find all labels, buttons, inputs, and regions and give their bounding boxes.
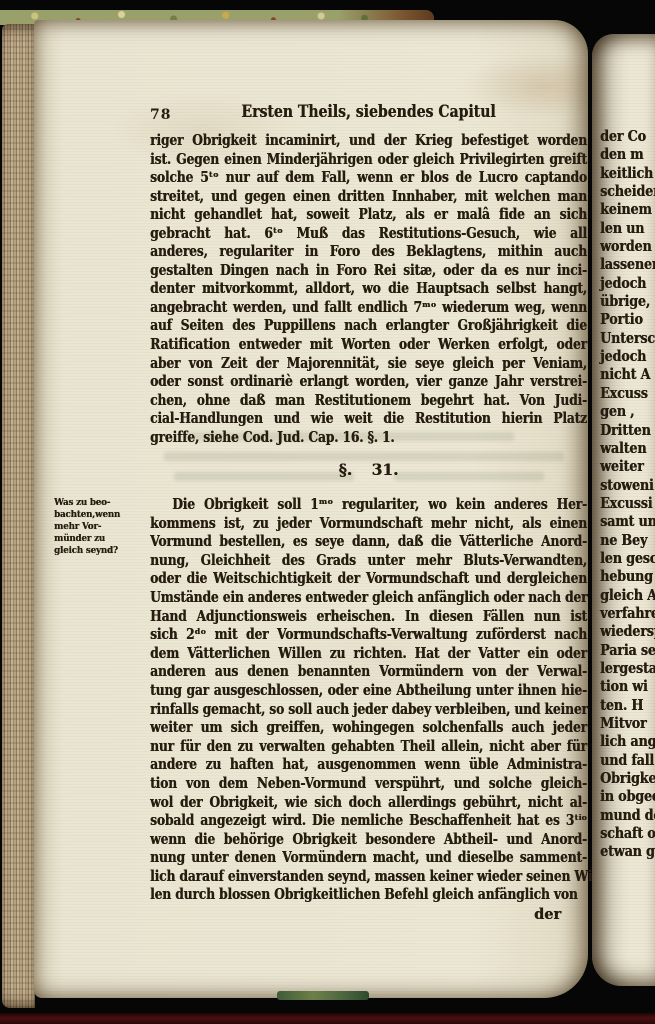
fragment-text-line: schaft oh <box>600 825 655 843</box>
margin-note-line: mehr Vor- <box>54 521 142 533</box>
fragment-text-line: gleich A <box>600 587 655 605</box>
body-text-line: ist. Gegen einen Minderjährigen oder gle… <box>150 151 587 170</box>
body-text-line: cial-Handlungen und wie weit die Restitu… <box>150 410 587 429</box>
body-text-line: len durch blossen Obrigkeitlichen Befehl… <box>150 886 587 905</box>
fragment-text-line: keinem <box>600 201 655 219</box>
fragment-text-line: wiedersp <box>600 623 655 641</box>
margin-note-line: Was zu beo- <box>54 497 142 509</box>
fragment-text-line: lich ang <box>600 733 655 751</box>
fragment-text-line: len un <box>600 220 655 238</box>
left-page: 78 Ersten Theils, siebendes Capitul rige… <box>34 20 588 998</box>
body-text-line: streitet, und gegen einen dritten Innhab… <box>150 188 587 207</box>
body-text-line: riger Obrigkeit incaminirt, und der Krie… <box>150 132 587 151</box>
fragment-text-line: keitlich <box>600 165 655 183</box>
fragment-text-line: der Co <box>600 128 655 146</box>
body-text-line: sobald angezeigt wird. Die nemliche Besc… <box>150 812 587 831</box>
paragraph-restitution: riger Obrigkeit incaminirt, und der Krie… <box>150 132 655 447</box>
fragment-text-line: nicht A <box>600 366 655 384</box>
fragment-text-line: übrige, <box>600 293 655 311</box>
body-text-line: lich darauf einverstanden seynd, massen … <box>150 868 587 887</box>
fragment-text-line: Excussi <box>600 495 655 513</box>
body-text-line: andere zu haften hat, ausgenommen wenn ü… <box>150 756 587 775</box>
fragment-text-line: ten. H <box>600 697 655 715</box>
fore-edge-page-stack <box>2 24 35 1008</box>
book-scan: 78 Ersten Theils, siebendes Capitul rige… <box>0 0 655 1024</box>
margin-note-line: gleich seynd? <box>54 545 142 557</box>
body-text-line: gebracht hat. 6ᵗᵒ Muß das Restitutions-G… <box>150 225 587 244</box>
body-text-line: aber von Zeit der Majorennität, sie seye… <box>150 355 587 374</box>
body-text-line: Die Obrigkeit soll 1ᵐᵒ regulariter, wo k… <box>150 496 587 515</box>
fragment-text-line: lergestal <box>600 660 655 678</box>
body-text-line: dem Vätterlichen Willen zu richten. Hat … <box>150 645 587 664</box>
fragment-text-line: und fall <box>600 752 655 770</box>
fragment-text-line: Untersch <box>600 330 655 348</box>
margin-note-line: münder zu <box>54 533 142 545</box>
fragment-text-line: gen , <box>600 403 655 421</box>
marbled-edge-bottom <box>277 991 369 1000</box>
fragment-text-line: verfahre <box>600 605 655 623</box>
body-text-line: oder die Weitschichtigkeit der Vormundsc… <box>150 570 587 589</box>
body-text-line: wol der Obrigkeit, wie sich doch allerdi… <box>150 794 587 813</box>
body-text-line: denter mitvorkommt, alldort, wo die Haup… <box>150 280 587 299</box>
body-text-line: nung unter denen Vormündern macht, und d… <box>150 849 587 868</box>
facing-page-sliver: der Coden mkeitlichscheidenkeinemlen unw… <box>592 34 655 986</box>
fragment-text-line: ne Bey <box>600 532 655 550</box>
fragment-text-line: lassener <box>600 256 655 274</box>
fragment-text-line: samt un <box>600 513 655 531</box>
fragment-text-line: weiter <box>600 458 655 476</box>
fragment-text-line: walten <box>600 440 655 458</box>
body-text-line: rinfalls gemacht, so soll auch jeder dab… <box>150 701 587 720</box>
catchword: der <box>150 906 587 923</box>
fragment-text-line: Excuss <box>600 385 655 403</box>
fragment-text-line: tion wi <box>600 678 655 696</box>
body-text-line: anderes, regulariter in Foro des Beklagt… <box>150 243 587 262</box>
fragment-text-line: Obrigke <box>600 770 655 788</box>
body-text-line: sich 2ᵈᵒ mit der Vormundschafts-Verwaltu… <box>150 626 587 645</box>
body-text-line: gestalten Dingen nach in Foro Rei sitæ, … <box>150 262 587 281</box>
body-text-line: weiter um sich greiffen, wohingegen solc… <box>150 719 587 738</box>
body-text-line: tung gar ausgeschlossen, oder eine Abthe… <box>150 682 587 701</box>
body-text-line: nur für den zu verwalten gehabten Theil … <box>150 738 587 757</box>
body-text-line: kommens ist, zu jeder Vormundschaft mehr… <box>150 515 587 534</box>
section-heading: §. 31. <box>150 460 587 479</box>
fragment-text-line: etwan g <box>600 843 655 861</box>
fragment-text-line: Mitvor <box>600 715 655 733</box>
fragment-text-line: stoweni <box>600 477 655 495</box>
body-text-line: angebracht werden, und fallt endlich 7ᵐᵒ… <box>150 299 587 318</box>
body-text-line: nung, Gleichheit des Grads unter mehr Bl… <box>150 552 587 571</box>
body-text-line: chen, ohne daß man Restitutionem begehrt… <box>150 392 587 411</box>
body-text-line: tion von dem Neben-Vormund verspührt, un… <box>150 775 587 794</box>
fragment-text-line: worden <box>600 238 655 256</box>
body-text-line: nicht gehandlet hat, soweit Platz, als e… <box>150 206 587 225</box>
fragment-text-line: jedoch <box>600 275 655 293</box>
body-text-line: auf Seiten des Puppillens nach erlangter… <box>150 317 587 336</box>
body-text-line: Hand Adjunctionsweis erheischen. In dies… <box>150 608 587 627</box>
fragment-text-line: len gesch <box>600 550 655 568</box>
fragment-text-line: Paria se <box>600 642 655 660</box>
fragment-text-line: Portio <box>600 311 655 329</box>
fragment-text-line: den m <box>600 146 655 164</box>
facing-page-text-fragments: der Coden mkeitlichscheidenkeinemlen unw… <box>600 128 655 862</box>
body-text-line: anderen aus denen benannten Vormündern v… <box>150 663 587 682</box>
body-text-line: oder sonst ordinariè erlangt worden, vie… <box>150 373 587 392</box>
body-text-line: Umstände ein anderes entweder gleich anf… <box>150 589 587 608</box>
fragment-text-line: hebung <box>600 568 655 586</box>
fragment-text-line: Dritten <box>600 422 655 440</box>
bottom-cover-band <box>0 1013 655 1024</box>
body-text-line: Vormund bestellen, es seye dann, daß die… <box>150 533 587 552</box>
body-text-line: Ratification entweder mit Worten oder We… <box>150 336 587 355</box>
fragment-text-line: jedoch <box>600 348 655 366</box>
margin-note: Was zu beo-bachten,wennmehr Vor-münder z… <box>54 497 150 557</box>
body-text-line: solche 5ᵗᵒ nur auf dem Fall, wenn er blo… <box>150 169 587 188</box>
fragment-text-line: scheiden <box>600 183 655 201</box>
body-text-line: greiffe, siehe Cod. Jud. Cap. 16. §. 1. <box>150 429 587 448</box>
fragment-text-line: in obged <box>600 788 655 806</box>
fragment-text-line: mund de <box>600 807 655 825</box>
body-text-line: wenn die behörige Obrigkeit besondere Ab… <box>150 831 587 850</box>
running-header: Ersten Theils, siebendes Capitul <box>150 102 587 121</box>
margin-note-line: bachten,wenn <box>54 509 142 521</box>
paragraph-section-31: Die Obrigkeit soll 1ᵐᵒ regulariter, wo k… <box>150 496 655 905</box>
